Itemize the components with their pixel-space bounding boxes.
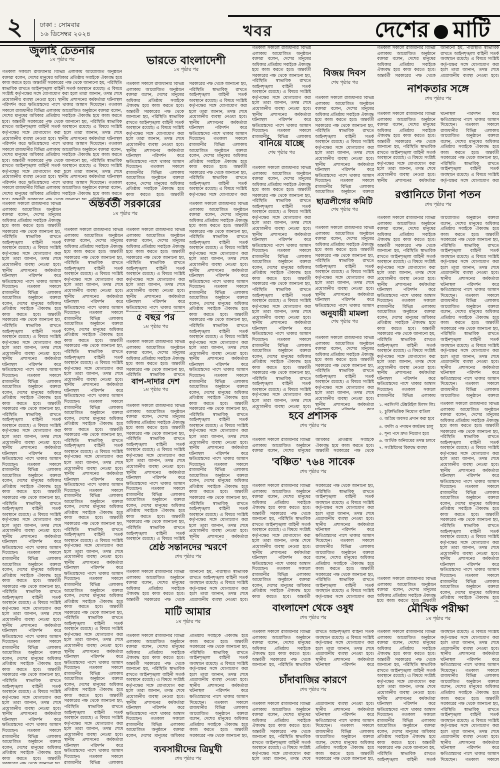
continuation-label: শেষ পৃষ্ঠার পর bbox=[126, 555, 250, 560]
headline-text: রপ্তানিতে টানা পতন bbox=[395, 189, 480, 201]
story-body: গতকাল সকালে রাজধানীর বিভিন্ন এলাকায় আয়… bbox=[252, 438, 374, 456]
continuation-label: শেষ পৃষ্ঠার পর bbox=[315, 208, 374, 213]
header-divider bbox=[34, 19, 35, 41]
story-headline: ছাত্রলীগের কমিটি শেষ পৃষ্ঠার পর bbox=[315, 198, 374, 213]
story-body: গতকাল সকালে রাজধানীর বিভিন্ন এলাকায় আয়… bbox=[126, 82, 247, 200]
continuation-label: ১ম পৃষ্ঠার পর bbox=[126, 388, 185, 393]
story-body: গতকাল সকালে রাজধানীর বিভিন্ন এলাকায় আয়… bbox=[2, 70, 122, 200]
story-body: গতকাল সকালে রাজধানীর বিভিন্ন এলাকায় আয়… bbox=[315, 336, 374, 410]
story-headline: বিজয় দিবস শেষ পৃষ্ঠার পর bbox=[315, 70, 374, 86]
story-headline: চাঁদাবাজির কারণে শেষ পৃষ্ঠার পর bbox=[252, 676, 374, 693]
story-headline: নাশকতার সঙ্গে শেষ পৃষ্ঠার পর bbox=[377, 84, 499, 102]
newspaper-page: ২ ঢাকা : সোমবার ১৬ ডিসেম্বর ২০২৪ খবর দেশ… bbox=[0, 0, 500, 768]
headline-text: বাপ-দাদার দেশ bbox=[132, 377, 180, 386]
continuation-label: ১ম পৃষ্ঠার পর bbox=[126, 325, 185, 330]
continuation-label: শেষ পৃষ্ঠার পর bbox=[315, 81, 374, 86]
headline-text: জুলাই চেতনার bbox=[29, 44, 94, 57]
continuation-label: শেষ পৃষ্ঠার পর bbox=[377, 97, 499, 102]
story-headline: হবে প্রশাসক শেষ পৃষ্ঠার পর bbox=[252, 412, 374, 429]
dateline: ঢাকা : সোমবার ১৬ ডিসেম্বর ২০২৪ bbox=[40, 21, 90, 39]
story-body: গতকাল সকালে রাজধানীর বিভিন্ন এলাকায় আয়… bbox=[126, 404, 185, 542]
continuation-label: ১ম পৃষ্ঠার পর bbox=[124, 68, 248, 73]
story-body: গতকাল সকালে রাজধানীর বিভিন্ন এলাকায় আয়… bbox=[252, 630, 374, 674]
story-headline: বানিয়ে যাচ্ছে শেষ পৃষ্ঠার পর bbox=[252, 140, 311, 156]
story-body: গতকাল সকালে রাজধানীর বিভিন্ন এলাকায় আয়… bbox=[377, 46, 499, 84]
continuation-label: শেষ পৃষ্ঠার পর bbox=[252, 688, 374, 693]
headline-text: হবে প্রশাসক bbox=[289, 411, 337, 422]
headline-text: ভারতে বাংলাদেশী bbox=[146, 54, 225, 67]
headline-text: মৌখিক পরীক্ষা bbox=[407, 603, 468, 615]
story-body: গতকাল সকালে রাজধানীর বিভিন্ন এলাকায় আয়… bbox=[252, 702, 374, 766]
headline-text: বাংলাদেশ থেকে ওষুধ bbox=[272, 603, 353, 614]
continuation-label: ১ম পৃষ্ঠার পর bbox=[377, 617, 499, 622]
headline-text: ব্যবসায়ীদের ত্রিমুখী bbox=[154, 745, 222, 755]
story-body: গতকাল সকালে রাজধানীর বিভিন্ন এলাকায় আয়… bbox=[377, 630, 499, 766]
headline-text: চাঁদাবাজির কারণে bbox=[279, 675, 347, 686]
story-body: গতকাল সকালে রাজধানীর বিভিন্ন এলাকায় আয়… bbox=[126, 570, 248, 606]
story-headline: ভারতে বাংলাদেশী ১ম পৃষ্ঠার পর bbox=[124, 55, 248, 73]
story-body: গতকাল সকালে রাজধানীর বিভিন্ন এলাকায় আয়… bbox=[377, 577, 436, 602]
story-body: গতকাল সকালে রাজধানীর বিভিন্ন এলাকায় আয়… bbox=[126, 340, 185, 376]
page-number: ২ bbox=[7, 15, 23, 39]
story-headline: শ্রেষ্ঠ সন্তানদের স্মরণে শেষ পৃষ্ঠার পর bbox=[126, 544, 250, 560]
headline-text: অন্তর্বর্তী সরকারের bbox=[89, 199, 161, 210]
headline-text: 'বঞ্চিত' ৭৬৪ সাবেক bbox=[271, 457, 354, 468]
masthead-logo-dot-icon bbox=[434, 25, 448, 39]
continuation-label: শেষ পৃষ্ঠার পর bbox=[252, 616, 374, 621]
story-body: গতকাল সকালে রাজধানীর বিভিন্ন এলাকায় আয়… bbox=[126, 228, 185, 312]
story-headline: 'বঞ্চিত' ৭৬৪ সাবেক শেষ পৃষ্ঠার পর bbox=[252, 458, 374, 475]
continuation-label: শেষ পৃষ্ঠার পর bbox=[252, 470, 374, 475]
headline-text: শ্রেষ্ঠ সন্তানদের স্মরণে bbox=[149, 543, 227, 553]
continuation-label: শেষ পৃষ্ঠার পর bbox=[126, 757, 250, 762]
story-body: গতকাল সকালে রাজধানীর বিভিন্ন এলাকায় আয়… bbox=[315, 96, 374, 196]
story-headline: রপ্তানিতে টানা পতন শেষ পৃষ্ঠার পর bbox=[377, 190, 499, 208]
header-rule-thick bbox=[0, 41, 500, 43]
story-headline: বাপ-দাদার দেশ ১ম পৃষ্ঠার পর bbox=[126, 378, 185, 393]
continuation-label: শেষ পৃষ্ঠার পর bbox=[252, 424, 374, 429]
story-body: গতকাল সকালে রাজধানীর বিভিন্ন এলাকায় আয়… bbox=[252, 46, 311, 138]
headline-text: ৫ বছর পর bbox=[136, 313, 175, 323]
continuation-label: শেষ পৃষ্ঠার পর bbox=[252, 151, 311, 156]
story-headline: মৌখিক পরীক্ষা ১ম পৃষ্ঠার পর bbox=[377, 604, 499, 622]
story-headline: অন্তর্বর্তী সরকারের ১ম পৃষ্ঠার পর bbox=[62, 200, 188, 217]
headline-text: অনুযায়ী মামলা bbox=[321, 309, 369, 318]
headline-text: ছাত্রলীগের কমিটি bbox=[317, 197, 373, 206]
story-headline: মাটি আমার ১ম পৃষ্ঠার পর bbox=[126, 608, 250, 625]
story-headline: ৫ বছর পর ১ম পৃষ্ঠার পর bbox=[126, 314, 185, 330]
story-body: গতকাল সকালে রাজধানীর বিভিন্ন এলাকায় আয়… bbox=[440, 402, 499, 602]
headline-text: নাশকতার সঙ্গে bbox=[407, 83, 468, 95]
story-body: গতকাল সকালে রাজধানীর বিভিন্ন এলাকায় আয়… bbox=[64, 228, 123, 764]
numbered-list: ১. নরসিংদী টেক্সটাইল মিলস লিঃ ২. চুক্তিভ… bbox=[379, 402, 436, 574]
continuation-label: শেষ পৃষ্ঠার পর bbox=[315, 320, 374, 325]
story-headline: বাংলাদেশ থেকে ওষুধ শেষ পৃষ্ঠার পর bbox=[252, 604, 374, 621]
continuation-label: শেষ পৃষ্ঠার পর bbox=[377, 203, 499, 208]
headline-text: বানিয়ে যাচ্ছে bbox=[259, 139, 304, 149]
dateline-date: ১৬ ডিসেম্বর ২০২৪ bbox=[40, 30, 90, 39]
story-body: গতকাল সকালে রাজধানীর বিভিন্ন এলাকায় আয়… bbox=[126, 634, 248, 744]
headline-text: মাটি আমার bbox=[165, 607, 211, 618]
dateline-city-day: ঢাকা : সোমবার bbox=[40, 21, 90, 30]
story-body: গতকাল সকালে রাজধানীর বিভিন্ন এলাকায় আয়… bbox=[189, 202, 248, 540]
continuation-label: ১ম পৃষ্ঠার পর bbox=[126, 620, 250, 625]
story-body: গতকাল সকালে রাজধানীর বিভিন্ন এলাকায় আয়… bbox=[252, 166, 311, 410]
story-body: গতকাল সকালে রাজধানীর বিভিন্ন এলাকায় আয়… bbox=[377, 216, 499, 400]
story-body: গতকাল সকালে রাজধানীর বিভিন্ন এলাকায় আয়… bbox=[377, 112, 499, 188]
continuation-label: ১ম পৃষ্ঠার পর bbox=[0, 58, 124, 63]
continuation-label: ১ম পৃষ্ঠার পর bbox=[62, 212, 188, 217]
story-body: গতকাল সকালে রাজধানীর বিভিন্ন এলাকায় আয়… bbox=[2, 202, 61, 764]
story-headline: ব্যবসায়ীদের ত্রিমুখী শেষ পৃষ্ঠার পর bbox=[126, 746, 250, 762]
story-headline: জুলাই চেতনার ১ম পৃষ্ঠার পর bbox=[0, 45, 124, 63]
story-body: গতকাল সকালে রাজধানীর বিভিন্ন এলাকায় আয়… bbox=[252, 484, 374, 602]
headline-text: বিজয় দিবস bbox=[323, 69, 365, 79]
story-body: গতকাল সকালে রাজধানীর বিভিন্ন এলাকায় আয়… bbox=[315, 226, 374, 308]
story-headline: অনুযায়ী মামলা শেষ পৃষ্ঠার পর bbox=[315, 310, 374, 325]
